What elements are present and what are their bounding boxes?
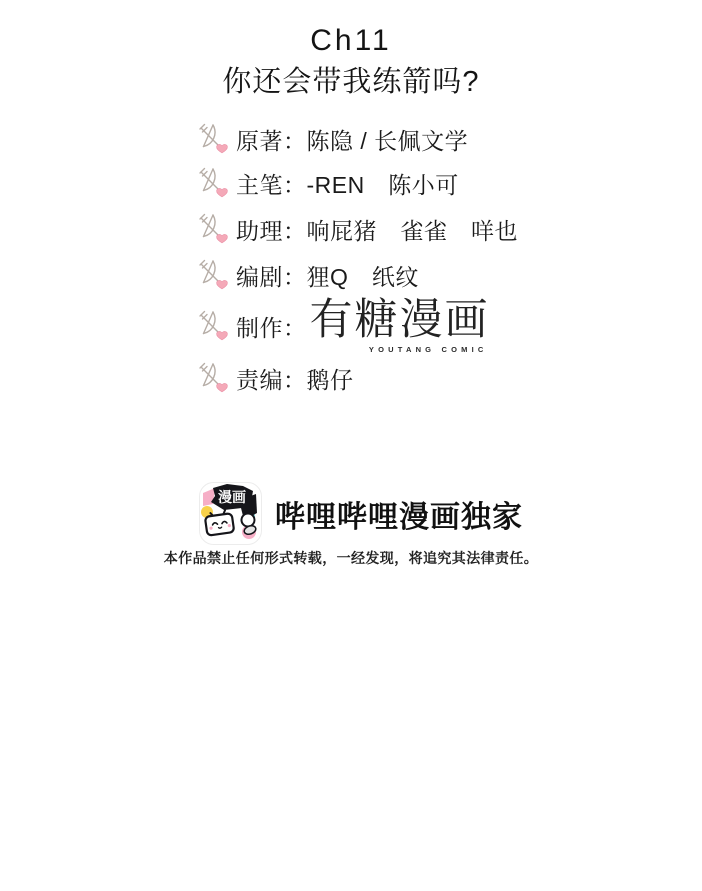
cupid-bow-arrow-heart-icon bbox=[199, 167, 229, 199]
credits-list: 原著： 陈隐 / 长佩文学 主笔： -REN 陈小可 助理： 响屁猪 雀雀 咩也… bbox=[199, 123, 518, 394]
credit-row-screenwriter: 编剧： 狸Q 纸纹 bbox=[199, 259, 518, 291]
credit-row-production: 制作： 有糖漫画 YOUTANG COMIC bbox=[199, 298, 518, 354]
credit-row-assistants: 助理： 响屁猪 雀雀 咩也 bbox=[199, 213, 518, 245]
credit-names: -REN 陈小可 bbox=[307, 167, 459, 200]
credit-label: 主笔： bbox=[236, 167, 307, 200]
credit-label: 制作： bbox=[236, 310, 307, 343]
cupid-bow-arrow-heart-icon bbox=[199, 310, 229, 342]
publisher-row: 漫画 哔哩哔哩漫画独家 bbox=[199, 482, 523, 545]
credit-label: 编剧： bbox=[236, 259, 307, 292]
chapter-title: 你还会带我练箭吗? bbox=[0, 59, 702, 100]
credit-names: 鹅仔 bbox=[307, 362, 354, 395]
cupid-bow-arrow-heart-icon bbox=[199, 213, 229, 245]
cupid-bow-arrow-heart-icon bbox=[199, 259, 229, 291]
credit-row-original-author: 原著： 陈隐 / 长佩文学 bbox=[199, 123, 518, 155]
bilibili-comics-app-icon: 漫画 bbox=[199, 482, 262, 545]
credit-names: 陈隐 / 长佩文学 bbox=[307, 123, 469, 156]
credit-label: 原著： bbox=[236, 123, 307, 156]
studio-logo-subtext: YOUTANG COMIC bbox=[310, 345, 490, 354]
credit-names: 狸Q 纸纹 bbox=[307, 259, 419, 292]
comic-credits-page: Ch11 你还会带我练箭吗? 原著： 陈隐 / 长佩文学 主笔： -REN 陈小… bbox=[0, 0, 702, 891]
credit-label: 助理： bbox=[236, 213, 307, 246]
credit-names: 响屁猪 雀雀 咩也 bbox=[307, 213, 519, 246]
publisher-exclusive-text: 哔哩哔哩漫画独家 bbox=[275, 492, 523, 536]
credit-row-lead-artist: 主笔： -REN 陈小可 bbox=[199, 167, 518, 199]
copyright-disclaimer: 本作品禁止任何形式转载，一经发现，将追究其法律责任。 bbox=[0, 548, 702, 568]
credit-label: 责编： bbox=[236, 362, 307, 395]
youtang-comics-logo: 有糖漫画 YOUTANG COMIC bbox=[310, 298, 490, 353]
app-icon-manga-glyphs: 漫画 bbox=[218, 489, 246, 505]
cupid-bow-arrow-heart-icon bbox=[199, 362, 229, 394]
credit-row-editor: 责编： 鹅仔 bbox=[199, 362, 518, 394]
cupid-bow-arrow-heart-icon bbox=[199, 123, 229, 155]
studio-logo-text: 有糖漫画 bbox=[310, 298, 490, 343]
chapter-number: Ch11 bbox=[0, 24, 702, 58]
